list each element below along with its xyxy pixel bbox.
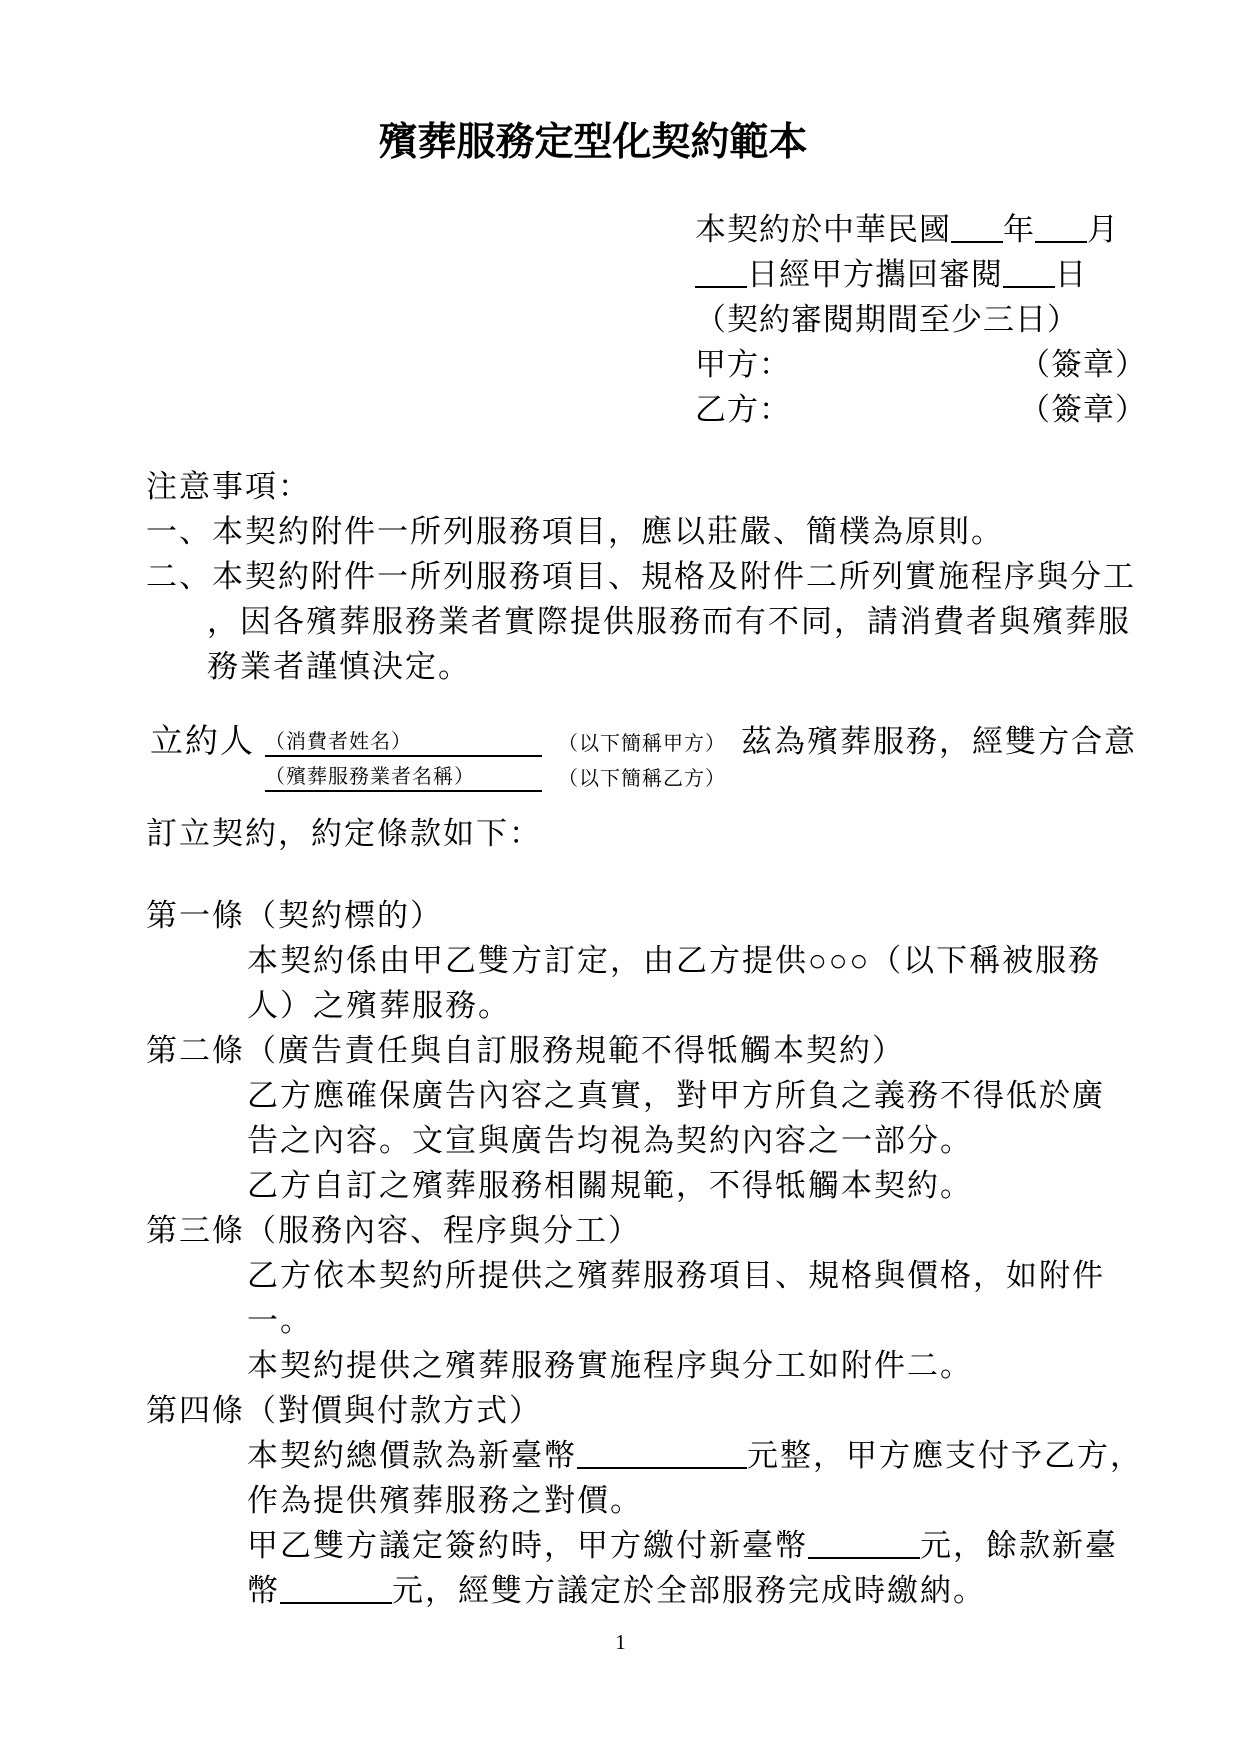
- signatory-label: 立約人: [150, 722, 255, 762]
- text-run: 幣: [247, 1573, 280, 1608]
- text-run: 本契約係由甲乙雙方訂定，由乙方提供○○○（以下稱被服務: [247, 943, 1101, 978]
- article-body-line: 本契約係由甲乙雙方訂定，由乙方提供○○○（以下稱被服務: [146, 938, 1161, 983]
- article-body-line: 幣元，經雙方議定於全部服務完成時繳納。: [146, 1568, 1161, 1613]
- fill-in-blank: [1035, 240, 1087, 243]
- article-body-line: 乙方自訂之殯葬服務相關規範，不得牴觸本契約。: [146, 1163, 1161, 1208]
- contract-preamble: 訂立契約，約定條款如下：: [146, 811, 542, 856]
- article-body-line: 乙方依本契約所提供之殯葬服務項目、規格與價格，如附件: [146, 1253, 1161, 1298]
- text-run: 元，餘款新臺: [920, 1528, 1118, 1563]
- party-b-sign-label: （簽章）: [1019, 387, 1147, 432]
- review-lines: 本契約於中華民國年月日經甲方攜回審閱日（契約審閱期間至少三日）: [695, 207, 1147, 342]
- fill-in-blank: [808, 1556, 920, 1559]
- text-run: 年: [1003, 212, 1035, 247]
- party-a-sign-label: （簽章）: [1019, 342, 1147, 387]
- party-alias-label: （以下簡稱甲方）: [558, 731, 726, 757]
- text-run: 元，經雙方議定於全部服務完成時繳納。: [392, 1573, 986, 1608]
- contract-article: 第三條（服務內容、程序與分工）乙方依本契約所提供之殯葬服務項目、規格與價格，如附…: [146, 1208, 1161, 1388]
- text-run: 日經甲方攜回審閱: [747, 257, 1003, 292]
- text-run: （契約審閱期間至少三日）: [695, 302, 1079, 337]
- party-a-signature-row: 甲方： （簽章）: [695, 342, 1147, 387]
- text-run: 元整，甲方應支付予乙方，: [747, 1438, 1143, 1473]
- review-period-block: 本契約於中華民國年月日經甲方攜回審閱日（契約審閱期間至少三日） 甲方： （簽章）…: [695, 207, 1147, 432]
- article-body-line: 人）之殯葬服務。: [146, 983, 1161, 1028]
- signatory-row: （消費者姓名）（以下簡稱甲方）: [265, 722, 726, 757]
- text-run: 人）之殯葬服務。: [247, 988, 511, 1023]
- signatory-section: 立約人 （消費者姓名）（以下簡稱甲方）（殯葬服務業者名稱）（以下簡稱乙方） 茲為…: [150, 722, 1137, 792]
- contract-document-page: 殯葬服務定型化契約範本 本契約於中華民國年月日經甲方攜回審閱日（契約審閱期間至少…: [0, 0, 1241, 1755]
- article-body-line: 告之內容。文宣與廣告均視為契約內容之一部分。: [146, 1118, 1161, 1163]
- contract-article: 第二條（廣告責任與自訂服務規範不得牴觸本契約）乙方應確保廣告內容之真實，對甲方所…: [146, 1028, 1161, 1208]
- review-line: 日經甲方攜回審閱日: [695, 252, 1147, 297]
- text-run: 本契約於中華民國: [695, 212, 951, 247]
- note-line: 務業者謹慎決定。: [146, 644, 1161, 689]
- text-run: 告之內容。文宣與廣告均視為契約內容之一部分。: [247, 1123, 973, 1158]
- review-line: 本契約於中華民國年月: [695, 207, 1147, 252]
- article-heading: 第一條（契約標的）: [146, 893, 1161, 938]
- article-body-line: 一。: [146, 1298, 1161, 1343]
- article-heading: 第四條（對價與付款方式）: [146, 1388, 1161, 1433]
- notes-section: 注意事項： 一、本契約附件一所列服務項目，應以莊嚴、簡樸為原則。二、本契約附件一…: [146, 464, 1161, 689]
- text-run: 乙方應確保廣告內容之真實，對甲方所負之義務不得低於廣: [247, 1078, 1105, 1113]
- article-body-line: 作為提供殯葬服務之對價。: [146, 1478, 1161, 1523]
- text-run: 月: [1087, 212, 1119, 247]
- fill-in-blank: [951, 240, 1003, 243]
- text-run: 一。: [247, 1303, 313, 1338]
- party-b-label: 乙方：: [695, 387, 791, 432]
- review-line: （契約審閱期間至少三日）: [695, 297, 1147, 342]
- signatory-row: （殯葬服務業者名稱）（以下簡稱乙方）: [265, 757, 726, 792]
- text-run: 日: [1055, 257, 1087, 292]
- text-run: 作為提供殯葬服務之對價。: [247, 1483, 643, 1518]
- article-body-line: 本契約提供之殯葬服務實施程序與分工如附件二。: [146, 1343, 1161, 1388]
- note-line: 一、本契約附件一所列服務項目，應以莊嚴、簡樸為原則。: [146, 509, 1161, 554]
- article-heading: 第二條（廣告責任與自訂服務規範不得牴觸本契約）: [146, 1028, 1161, 1073]
- party-alias-label: （以下簡稱乙方）: [558, 766, 726, 792]
- party-a-label: 甲方：: [695, 342, 791, 387]
- text-run: 乙方依本契約所提供之殯葬服務項目、規格與價格，如附件: [247, 1258, 1105, 1293]
- text-run: 本契約提供之殯葬服務實施程序與分工如附件二。: [247, 1348, 973, 1383]
- page-number: 1: [0, 1630, 1241, 1655]
- signature-name-line: （消費者姓名）: [265, 729, 542, 757]
- notes-lines: 一、本契約附件一所列服務項目，應以莊嚴、簡樸為原則。二、本契約附件一所列服務項目…: [146, 509, 1161, 689]
- article-body-line: 乙方應確保廣告內容之真實，對甲方所負之義務不得低於廣: [146, 1073, 1161, 1118]
- text-run: 本契約總價款為新臺幣: [247, 1438, 577, 1473]
- text-run: 甲乙雙方議定簽約時，甲方繳付新臺幣: [247, 1528, 808, 1563]
- article-body-line: 本契約總價款為新臺幣元整，甲方應支付予乙方，: [146, 1433, 1161, 1478]
- signatory-statement: 茲為殯葬服務，經雙方合意: [741, 722, 1137, 762]
- signatory-form: （消費者姓名）（以下簡稱甲方）（殯葬服務業者名稱）（以下簡稱乙方）: [265, 722, 726, 792]
- note-line: ，因各殯葬服務業者實際提供服務而有不同，請消費者與殯葬服: [146, 599, 1161, 644]
- party-b-signature-row: 乙方： （簽章）: [695, 387, 1147, 432]
- fill-in-blank: [1003, 285, 1055, 288]
- article-body-line: 甲乙雙方議定簽約時，甲方繳付新臺幣元，餘款新臺: [146, 1523, 1161, 1568]
- fill-in-blank: [280, 1601, 392, 1604]
- article-heading: 第三條（服務內容、程序與分工）: [146, 1208, 1161, 1253]
- note-line: 二、本契約附件一所列服務項目、規格及附件二所列實施程序與分工: [146, 554, 1161, 599]
- notes-heading: 注意事項：: [146, 464, 1161, 509]
- text-run: 乙方自訂之殯葬服務相關規範，不得牴觸本契約。: [247, 1168, 973, 1203]
- document-title: 殯葬服務定型化契約範本: [138, 118, 1048, 168]
- contract-article: 第四條（對價與付款方式）本契約總價款為新臺幣元整，甲方應支付予乙方，作為提供殯葬…: [146, 1388, 1161, 1613]
- articles-section: 第一條（契約標的）本契約係由甲乙雙方訂定，由乙方提供○○○（以下稱被服務人）之殯…: [146, 893, 1161, 1613]
- fill-in-blank: [695, 285, 747, 288]
- fill-in-blank: [577, 1466, 747, 1469]
- signature-name-line: （殯葬服務業者名稱）: [265, 764, 542, 792]
- contract-article: 第一條（契約標的）本契約係由甲乙雙方訂定，由乙方提供○○○（以下稱被服務人）之殯…: [146, 893, 1161, 1028]
